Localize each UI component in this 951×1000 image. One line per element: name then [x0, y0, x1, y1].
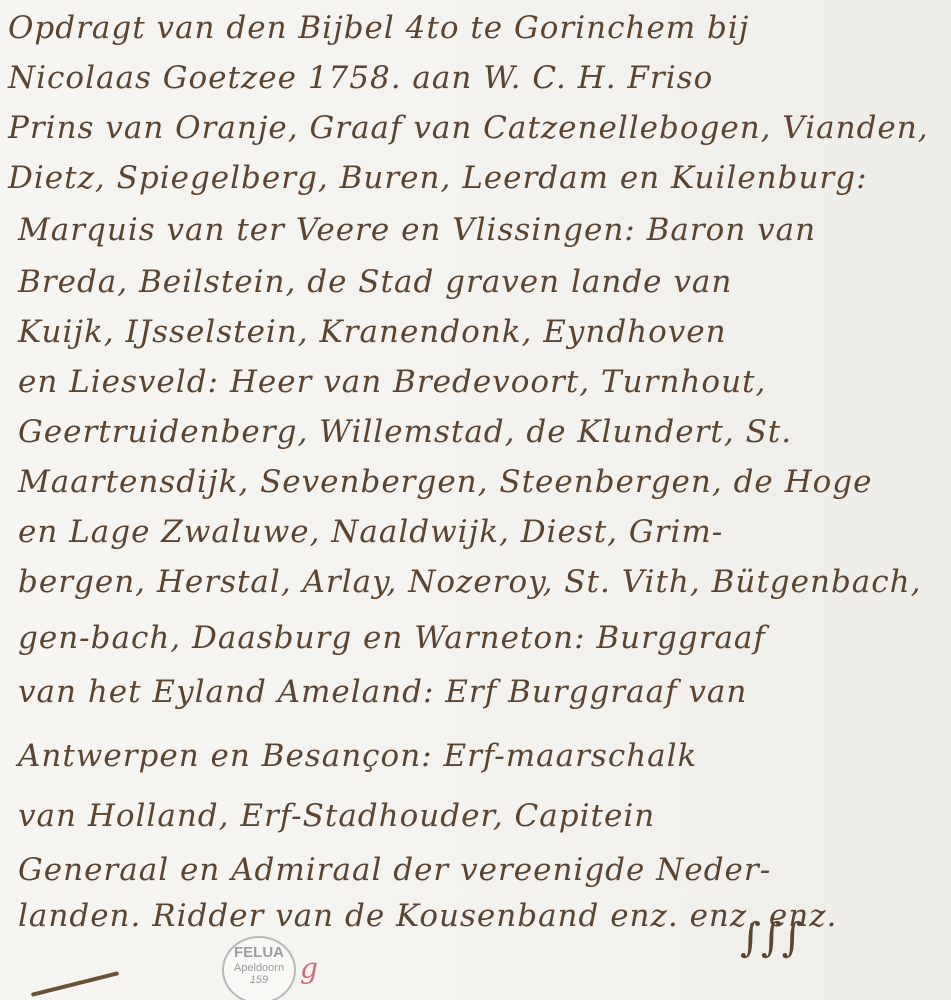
manuscript-line-7: Kuijk, IJsselstein, Kranendonk, Eyndhove… [18, 312, 951, 352]
manuscript-line-8: en Liesveld: Heer van Bredevoort, Turnho… [18, 362, 951, 402]
manuscript-line-2: Nicolaas Goetzee 1758. aan W. C. H. Fris… [8, 58, 951, 98]
manuscript-page: Opdragt van den Bijbel 4to te Gorinchem … [0, 0, 951, 1000]
manuscript-line-12: bergen, Herstal, Arlay, Nozeroy, St. Vit… [18, 562, 951, 602]
manuscript-line-9: Geertruidenberg, Willemstad, de Klundert… [18, 412, 951, 452]
closing-flourish: ∫∫∫ [740, 915, 803, 961]
manuscript-line-18: landen. Ridder van de Kousenband enz. en… [18, 896, 951, 936]
manuscript-line-13: gen-bach, Daasburg en Warneton: Burggraa… [18, 618, 951, 658]
manuscript-line-6: Breda, Beilstein, de Stad graven lande v… [18, 262, 951, 302]
manuscript-line-14: van het Eyland Ameland: Erf Burggraaf va… [18, 672, 951, 712]
manuscript-line-10: Maartensdijk, Sevenbergen, Steenbergen, … [18, 462, 951, 502]
manuscript-line-4: Dietz, Spiegelberg, Buren, Leerdam en Ku… [8, 158, 951, 198]
manuscript-line-15: Antwerpen en Besançon: Erf-maarschalk [18, 736, 951, 776]
manuscript-line-16: van Holland, Erf-Stadhouder, Capitein [18, 796, 951, 836]
manuscript-line-5: Marquis van ter Veere en Vlissingen: Bar… [18, 210, 951, 250]
ink-dash-mark [31, 971, 119, 997]
red-pencil-annotation: g [300, 952, 318, 985]
manuscript-line-1: Opdragt van den Bijbel 4to te Gorinchem … [8, 8, 951, 48]
stamp-line-2: Apeldoorn [224, 962, 294, 974]
stamp-line-3: 159 [224, 974, 294, 986]
manuscript-line-17: Generaal en Admiraal der vereenigde Nede… [18, 850, 951, 890]
manuscript-line-11: en Lage Zwaluwe, Naaldwijk, Diest, Grim- [18, 512, 951, 552]
stamp-line-1: FELUA [224, 944, 294, 961]
archive-stamp: FELUA Apeldoorn 159 [222, 936, 296, 1000]
manuscript-line-3: Prins van Oranje, Graaf van Catzenellebo… [8, 108, 951, 148]
